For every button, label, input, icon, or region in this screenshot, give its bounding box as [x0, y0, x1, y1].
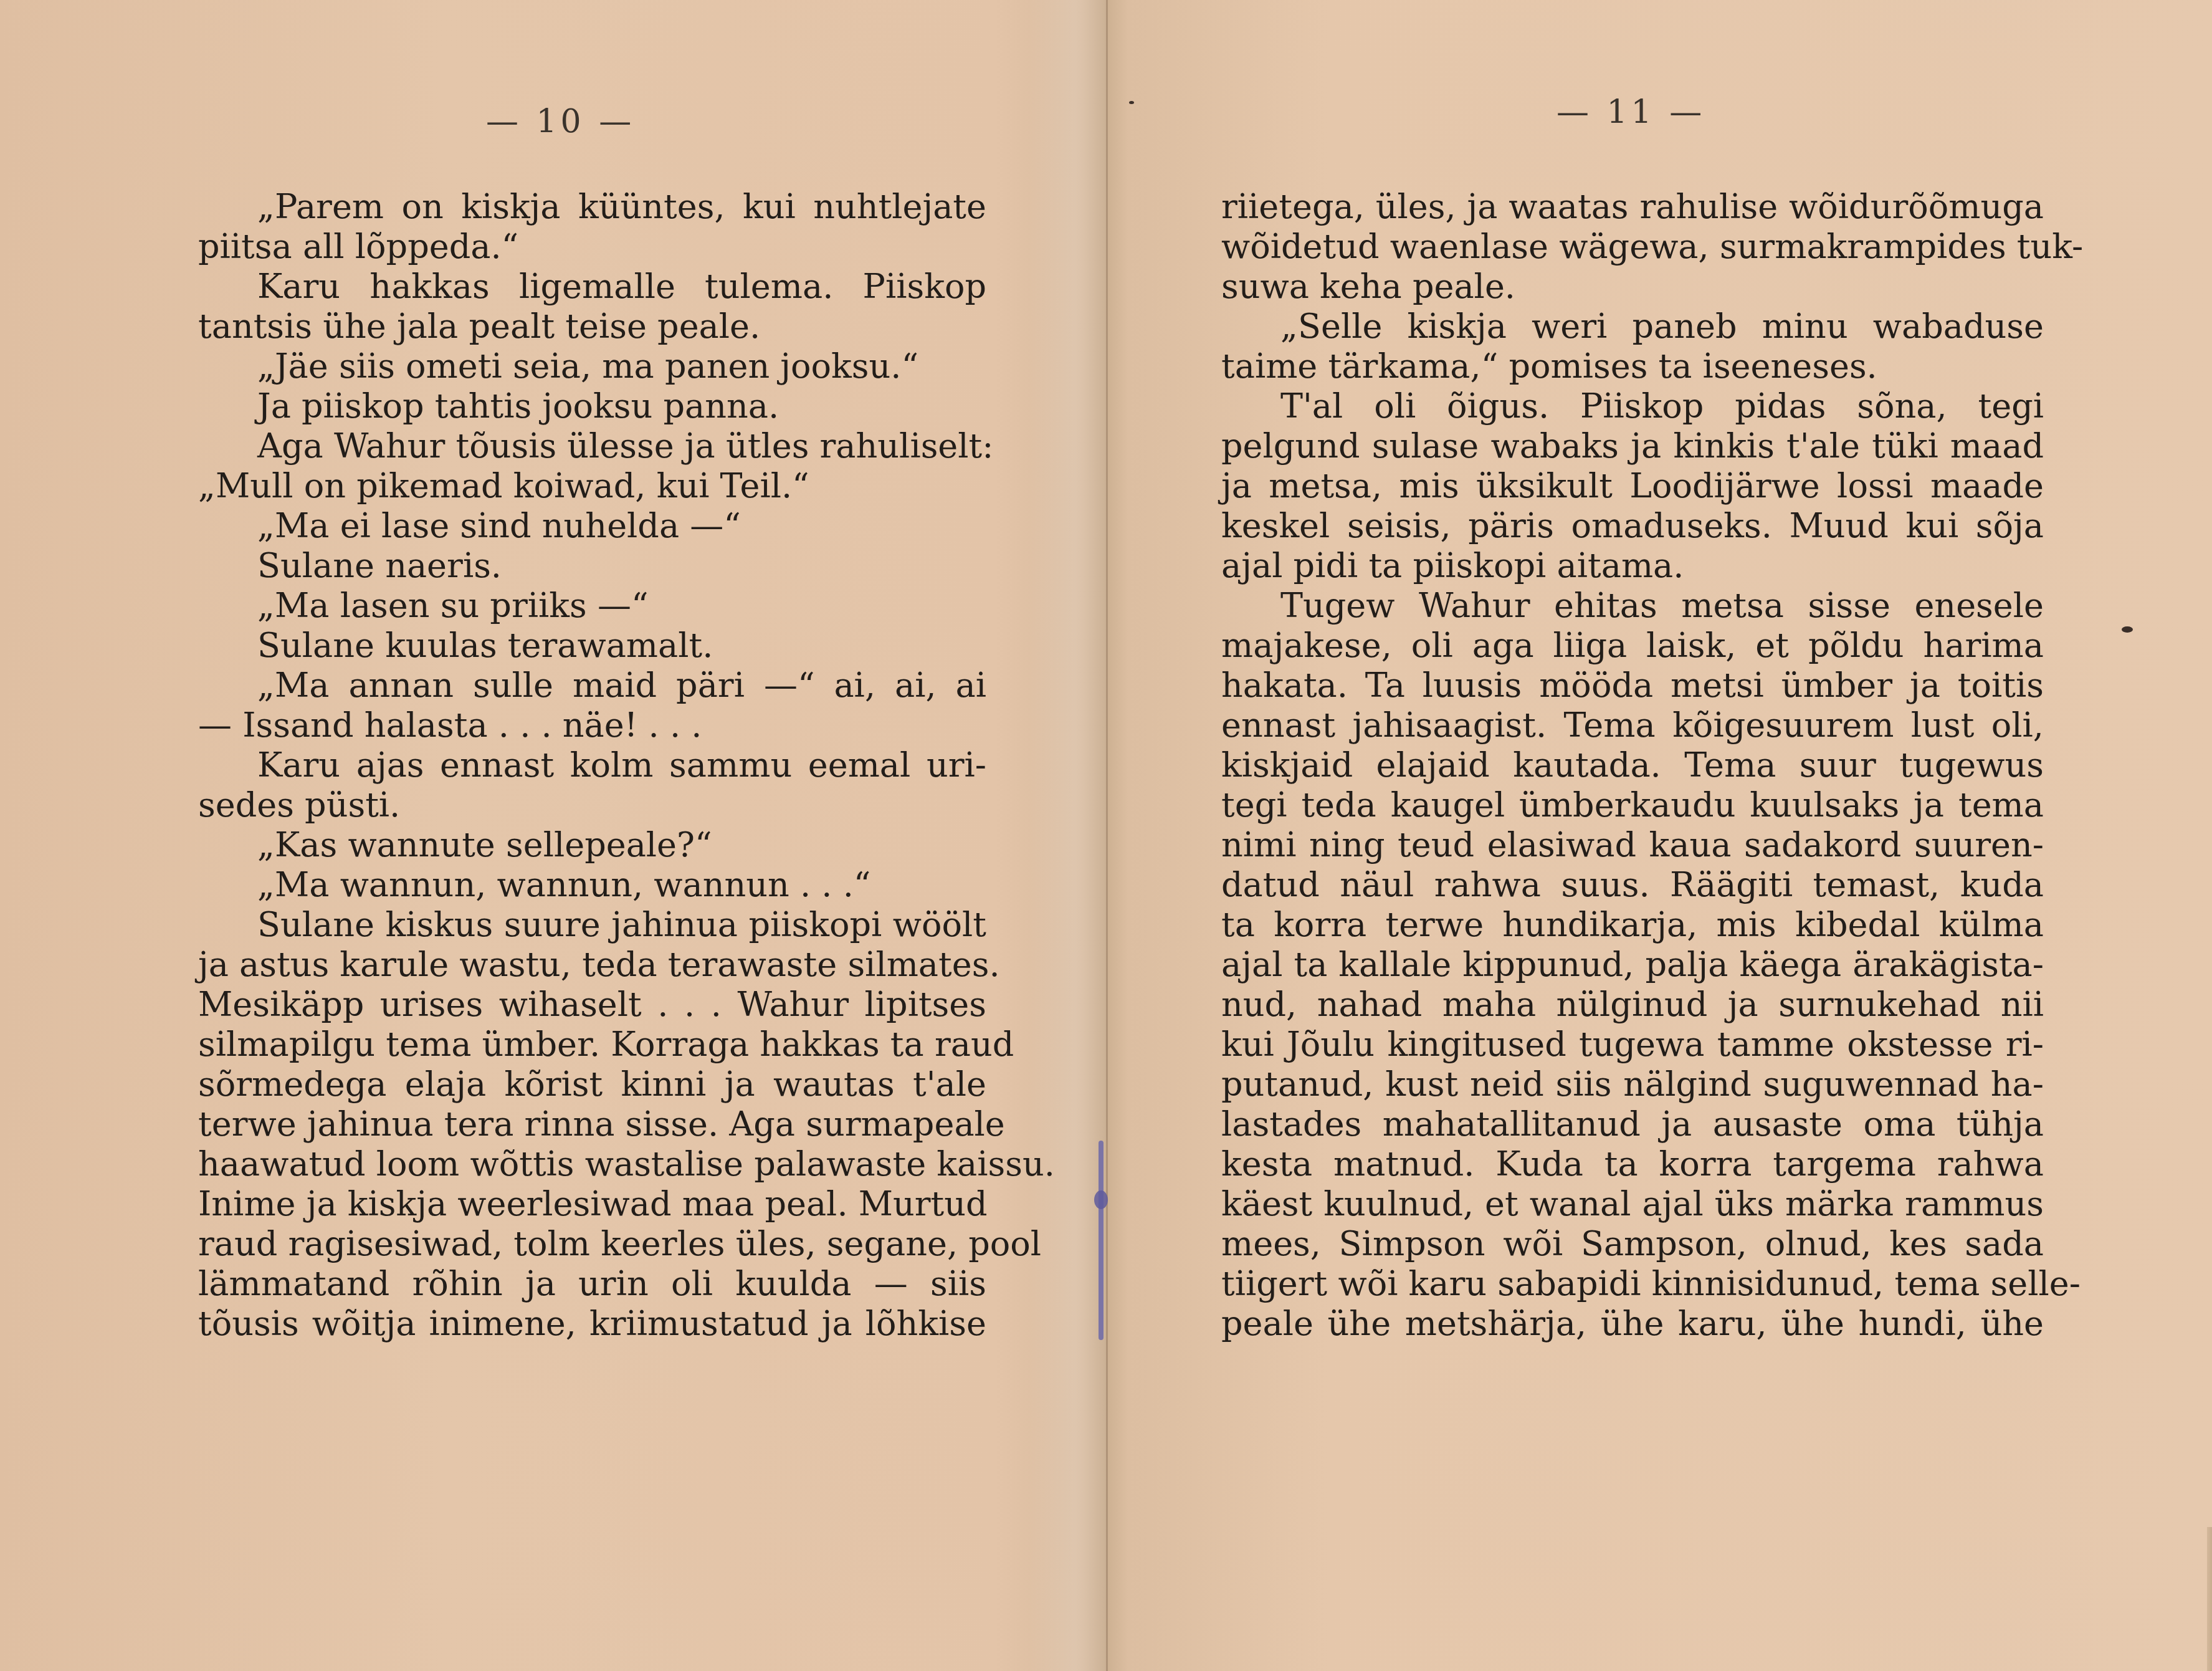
text-line: tiigert wõi karu sabapidi kinnisidunud, … [1221, 1264, 2044, 1304]
text-line: sõrmedega elaja kõrist kinni ja wautas t… [198, 1065, 986, 1104]
text-line: Inime ja kiskja weerlesiwad maa peal. Mu… [198, 1184, 986, 1224]
text-line: Karu ajas ennast kolm sammu eemal uri- [198, 745, 986, 785]
text-line: Sulane kuulas terawamalt. [198, 626, 986, 666]
text-line: suwa keha peale. [1221, 267, 2044, 307]
text-line: kui Jõulu kingitused tugewa tamme okstes… [1221, 1025, 2044, 1065]
text-line: ajal pidi ta piiskopi aitama. [1221, 546, 2044, 586]
text-line: putanud, kust neid siis nälgind suguwenn… [1221, 1065, 2044, 1104]
page-body-text: „Parem on kiskja küüntes, kui nuhtlejate… [198, 187, 986, 1344]
text-line: tegi teda kaugel ümberkaudu kuulsaks ja … [1221, 785, 2044, 825]
text-line: mees, Simpson wõi Sampson, olnud, kes sa… [1221, 1224, 2044, 1264]
text-line: nimi ning teud elasiwad kaua sadakord su… [1221, 825, 2044, 865]
text-line: tõusis wõitja inimene, kriimustatud ja l… [198, 1304, 986, 1344]
text-line: „Ma wannun, wannun, wannun . . .“ [198, 865, 986, 905]
text-line: — Issand halasta . . . näe! . . . [198, 706, 986, 745]
text-line: Sulane naeris. [198, 546, 986, 586]
text-line: „Mull on pikemad koiwad, kui Teil.“ [198, 466, 986, 506]
text-line: sedes püsti. [198, 785, 986, 825]
text-line: raud ragisesiwad, tolm keerles üles, seg… [198, 1224, 986, 1264]
text-line: T'al oli õigus. Piiskop pidas sõna, tegi [1221, 386, 2044, 426]
page-number: — 11 — [1557, 93, 1705, 131]
text-line: ja metsa, mis üksikult Loodijärwe lossi … [1221, 466, 2044, 506]
text-line: ajal ta kallale kippunud, palja käega är… [1221, 945, 2044, 985]
text-line: haawatud loom wõttis wastalise palawaste… [198, 1144, 986, 1184]
right-page: — 11 — riietega, üles, ja waatas rahulis… [1108, 0, 2212, 1671]
text-line: ja astus karule wastu, teda terawaste si… [198, 945, 986, 985]
text-line: datud näul rahwa suus. Räägiti temast, k… [1221, 865, 2044, 905]
left-page: — 10 — „Parem on kiskja küüntes, kui nuh… [0, 0, 1106, 1671]
text-line: hakata. Ta luusis mööda metsi ümber ja t… [1221, 666, 2044, 706]
text-line: ennast jahisaagist. Tema kõigesuurem lus… [1221, 706, 2044, 745]
text-line: lämmatand rõhin ja urin oli kuulda — sii… [198, 1264, 986, 1304]
text-line: wõidetud waenlase wägewa, surmakrampides… [1221, 227, 2044, 267]
text-line: „Jäe siis ometi seia, ma panen jooksu.“ [198, 347, 986, 386]
text-line: Tugew Wahur ehitas metsa sisse enesele [1221, 586, 2044, 626]
text-line: kiskjaid elajaid kautada. Tema suur tuge… [1221, 745, 2044, 785]
text-line: taime tärkama,“ pomises ta iseeneses. [1221, 347, 2044, 386]
text-line: terwe jahinua tera rinna sisse. Aga surm… [198, 1104, 986, 1144]
page-number: — 10 — [486, 103, 635, 140]
text-line: Karu hakkas ligemalle tulema. Piiskop [198, 267, 986, 307]
text-line: Sulane kiskus suure jahinua piiskopi wöö… [198, 905, 986, 945]
text-line: pelgund sulase wabaks ja kinkis t'ale tü… [1221, 426, 2044, 466]
text-line: „Kas wannute sellepeale?“ [198, 825, 986, 865]
text-line: Aga Wahur tõusis ülesse ja ütles rahulis… [198, 426, 986, 466]
text-line: silmapilgu tema ümber. Korraga hakkas ta… [198, 1025, 986, 1065]
text-line: kesta matnud. Kuda ta korra targema rahw… [1221, 1144, 2044, 1184]
text-line: „Ma ei lase sind nuhelda —“ [198, 506, 986, 546]
text-line: ta korra terwe hundikarja, mis kibedal k… [1221, 905, 2044, 945]
text-line: „Ma lasen su priiks —“ [198, 586, 986, 626]
text-line: nud, nahad maha nülginud ja surnukehad n… [1221, 985, 2044, 1025]
text-line: „Ma annan sulle maid päri —“ ai, ai, ai [198, 666, 986, 706]
text-line: käest kuulnud, et wanal ajal üks märka r… [1221, 1184, 2044, 1224]
text-line: riietega, üles, ja waatas rahulise wõidu… [1221, 187, 2044, 227]
text-line: peale ühe metshärja, ühe karu, ühe hundi… [1221, 1304, 2044, 1344]
text-line: piitsa all lõppeda.“ [198, 227, 986, 267]
text-line: Ja piiskop tahtis jooksu panna. [198, 386, 986, 426]
text-line: majakese, oli aga liiga laisk, et põldu … [1221, 626, 2044, 666]
text-line: „Selle kiskja weri paneb minu wabaduse [1221, 307, 2044, 347]
text-line: lastades mahatallitanud ja ausaste oma t… [1221, 1104, 2044, 1144]
page-body-text: riietega, üles, ja waatas rahulise wõidu… [1221, 187, 2044, 1344]
text-line: tantsis ühe jala pealt teise peale. [198, 307, 986, 347]
book-spread: — 10 — „Parem on kiskja küüntes, kui nuh… [0, 0, 2212, 1671]
text-line: keskel seisis, päris omaduseks. Muud kui… [1221, 506, 2044, 546]
text-line: Mesikäpp urises wihaselt . . . Wahur lip… [198, 985, 986, 1025]
text-line: „Parem on kiskja küüntes, kui nuhtlejate [198, 187, 986, 227]
